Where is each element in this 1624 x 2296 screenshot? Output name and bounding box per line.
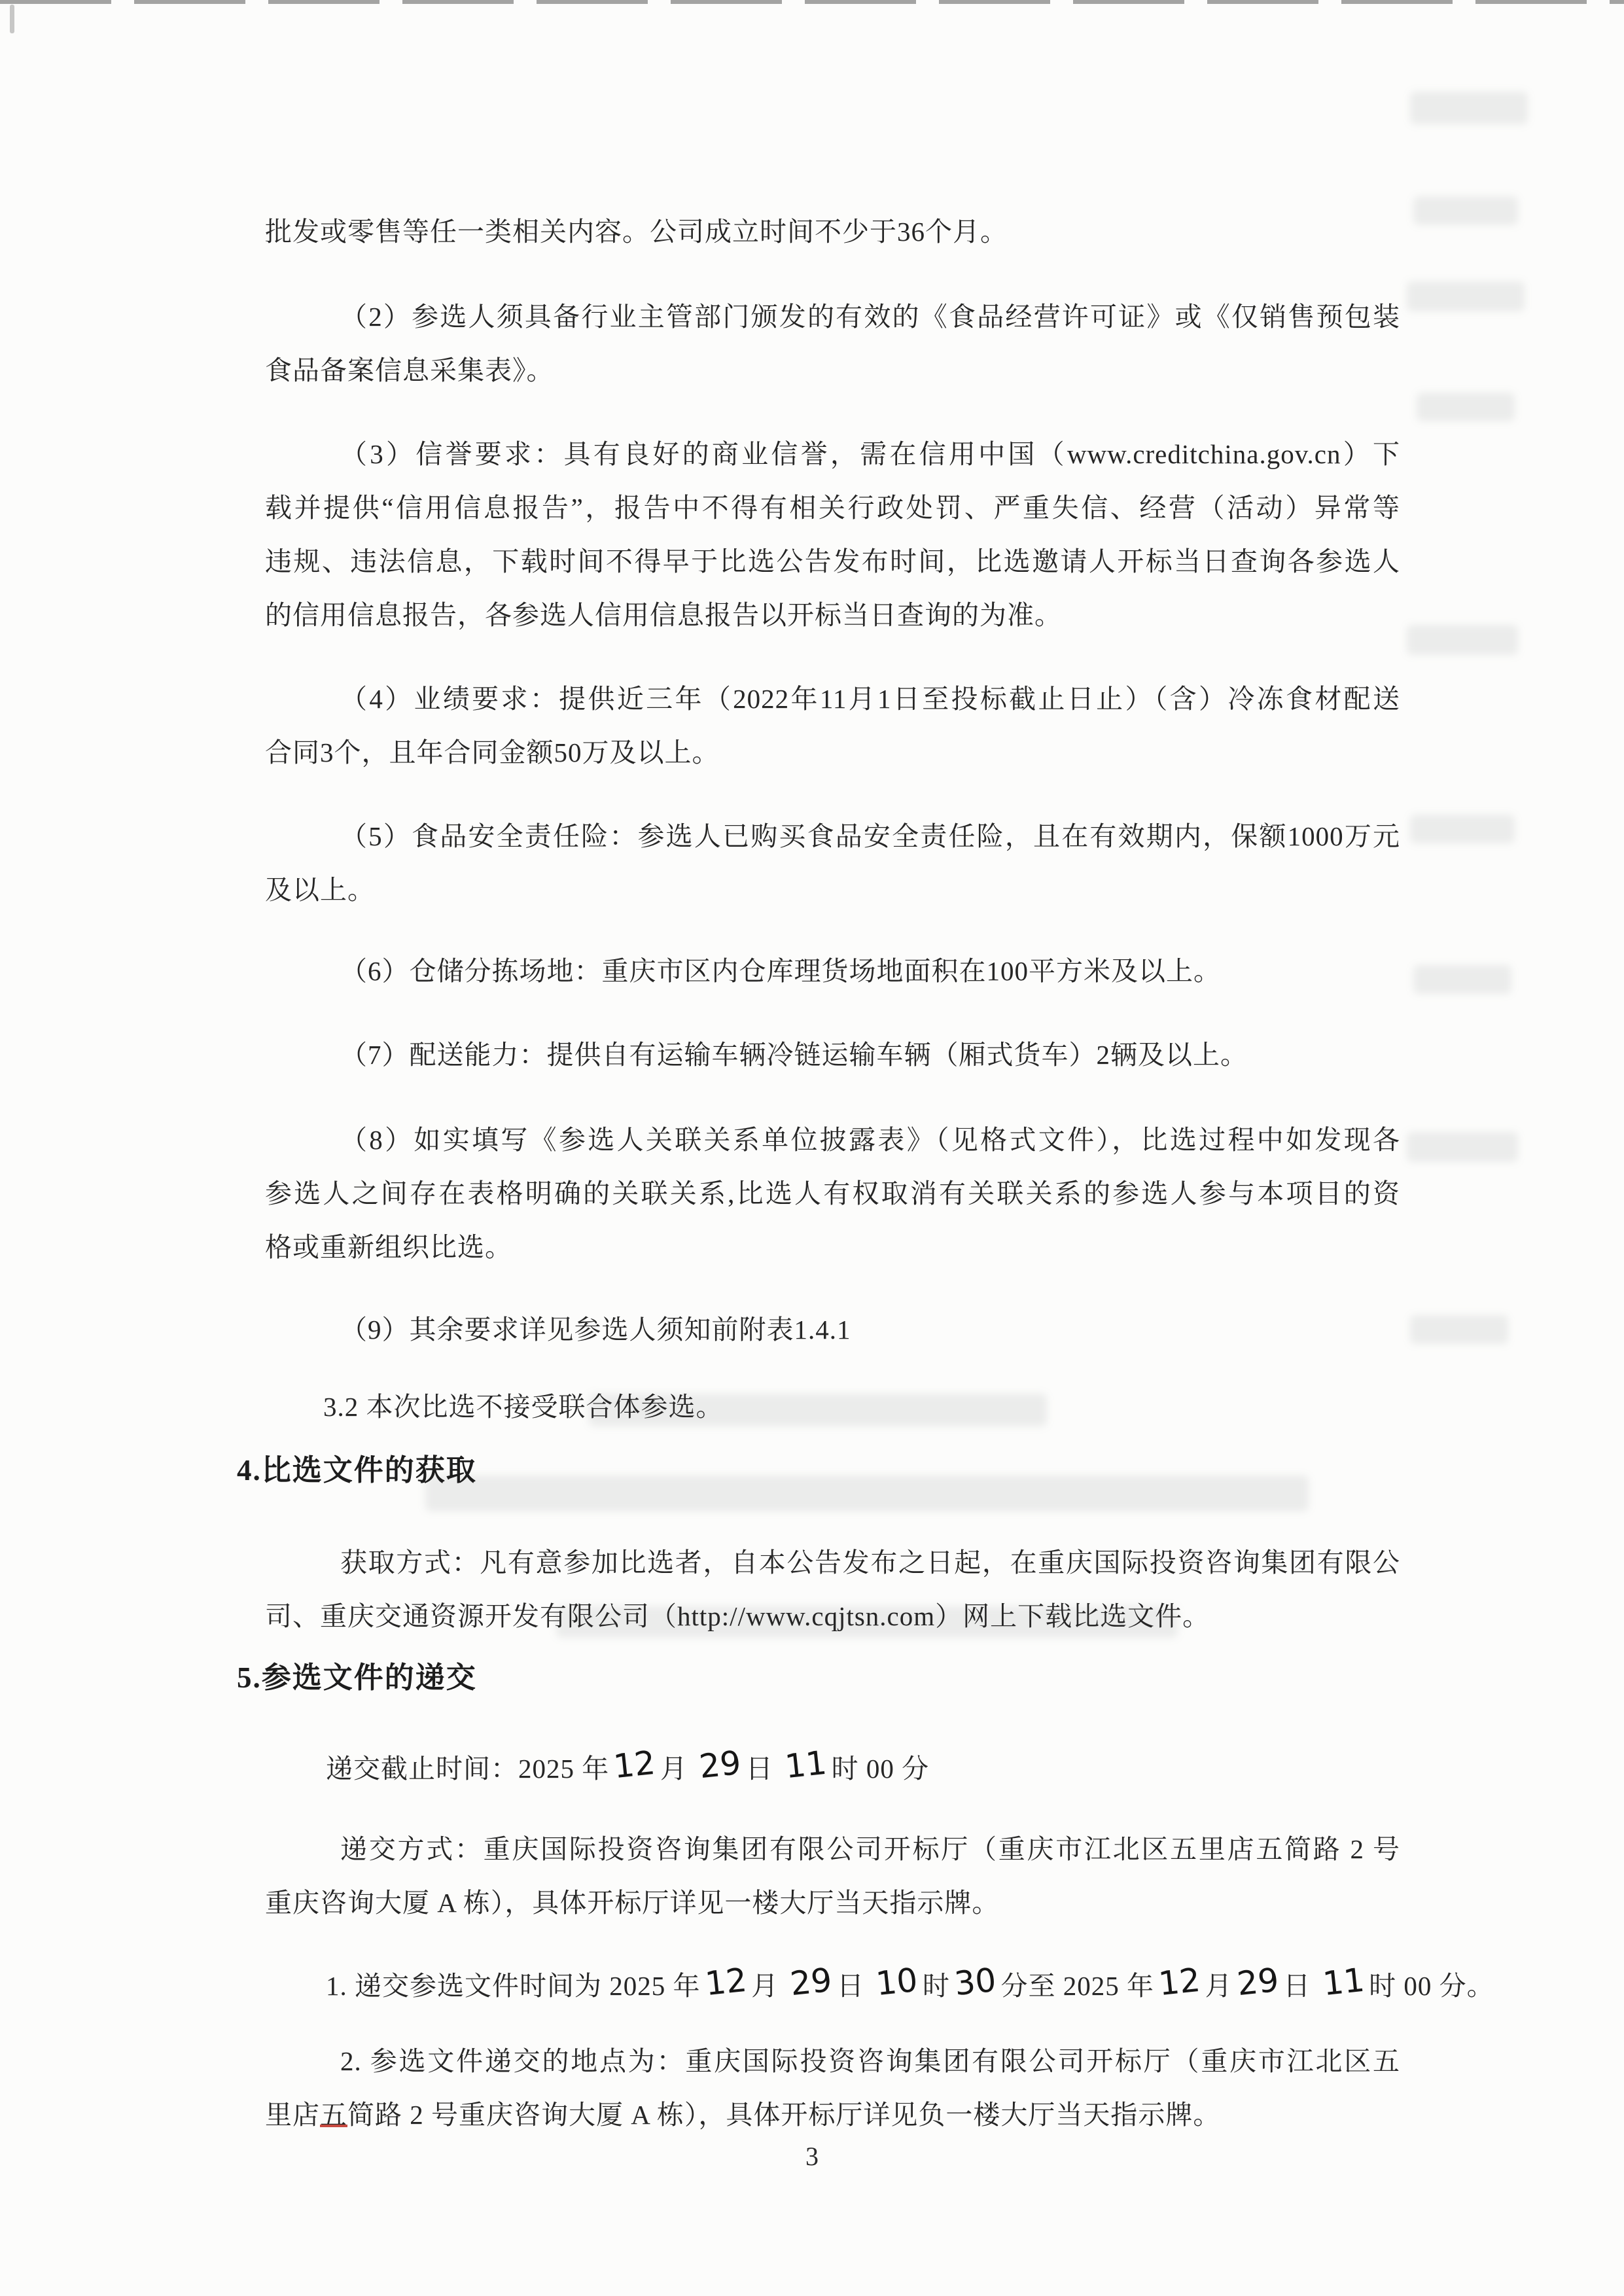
handwritten-hour-start: 10: [874, 1959, 920, 2005]
doc-line: （2）参选人须具备行业主管部门颁发的有效的《食品经营许可证》或《仅销售预包装: [340, 296, 1400, 338]
handwritten-hour-end: 11: [1320, 1959, 1366, 2005]
section-heading-4: 4.比选文件的获取: [237, 1449, 477, 1491]
doc-line: 批发或零售等任一类相关内容。公司成立时间不少于36个月。: [265, 211, 1008, 253]
bleedthrough-artifact: [1410, 815, 1515, 843]
doc-line: 参选人之间存在表格明确的关联关系,比选人有权取消有关联关系的参选人参与本项目的资: [265, 1173, 1400, 1214]
handwritten-month-end: 12: [1157, 1959, 1203, 2005]
doc-line: （3）信誉要求：具有良好的商业信誉，需在信用中国（www.creditchina…: [340, 433, 1400, 475]
doc-line: （9）其余要求详见参选人须知前附表1.4.1: [340, 1309, 851, 1351]
bleedthrough-artifact: [425, 1475, 1309, 1511]
doc-line: （6）仓储分拣场地：重庆市区内仓库理货场地面积在100平方米及以上。: [340, 950, 1221, 992]
handwritten-hour: 11: [783, 1742, 829, 1788]
doc-line: 食品备案信息采集表》。: [265, 349, 554, 391]
doc-line: 格或重新组织比选。: [265, 1226, 512, 1268]
doc-line: 的信用信息报告，各参选人信用信息报告以开标当日查询的为准。: [265, 594, 1062, 636]
doc-line: 司、重庆交通资源开发有限公司（http://www.cqjtsn.com）网上下…: [265, 1595, 1210, 1637]
bleedthrough-artifact: [1410, 92, 1528, 124]
handwritten-month: 12: [612, 1742, 658, 1788]
doc-line: 违规、违法信息，下载时间不得早于比选公告发布时间，比选邀请人开标当日查询各参选人: [265, 540, 1400, 582]
doc-line: （8）如实填写《参选人关联关系单位披露表》（见格式文件），比选过程中如发现各: [340, 1119, 1400, 1161]
doc-line: 载并提供“信用信息报告”，报告中不得有相关行政处罚、严重失信、经营（活动）异常等: [265, 487, 1400, 529]
section-heading-5: 5.参选文件的递交: [237, 1657, 477, 1699]
handwritten-day-start: 29: [788, 1959, 834, 2005]
doc-line: 2. 参选文件递交的地点为：重庆国际投资咨询集团有限公司开标厅（重庆市江北区五: [340, 2040, 1400, 2082]
doc-line: 重庆咨询大厦 A 栋），具体开标厅详见一楼大厅当天指示牌。: [265, 1882, 999, 1924]
doc-line: （7）配送能力：提供自有运输车辆冷链运输车辆（厢式货车）2辆及以上。: [340, 1034, 1248, 1076]
document-page: 批发或零售等任一类相关内容。公司成立时间不少于36个月。 （2）参选人须具备行业…: [0, 0, 1624, 2296]
doc-line: 及以上。: [265, 869, 375, 911]
handwritten-minute-start: 30: [952, 1959, 998, 2005]
bleedthrough-artifact: [1413, 196, 1518, 225]
doc-line: 里店五简路 2 号重庆咨询大厦 A 栋），具体开标厅详见负一楼大厅当天指示牌。: [265, 2094, 1220, 2136]
page-number: 3: [0, 2141, 1624, 2172]
doc-line: 合同3个，且年合同金额50万及以上。: [265, 732, 720, 773]
handwritten-month-start: 12: [703, 1959, 749, 2005]
bleedthrough-artifact: [1407, 281, 1525, 311]
bleedthrough-artifact: [1407, 1132, 1518, 1162]
doc-line: 获取方式：凡有意参加比选者，自本公告发布之日起，在重庆国际投资咨询集团有限公: [340, 1542, 1400, 1583]
handwritten-day: 29: [697, 1742, 743, 1788]
bleedthrough-artifact: [1407, 625, 1518, 655]
red-underline-mark: 五: [320, 2100, 347, 2130]
bleedthrough-artifact: [1413, 965, 1511, 994]
submission-window-line: 1. 递交参选文件时间为 2025 年12月 29日 10时30分至 2025 …: [326, 1963, 1494, 2005]
deadline-text: 递交截止时间：2025 年: [326, 1754, 609, 1784]
scan-edge-artifact: [10, 5, 14, 33]
scan-edge-artifact: [0, 0, 1624, 4]
bleedthrough-artifact: [1410, 1315, 1508, 1344]
handwritten-day-end: 29: [1235, 1959, 1280, 2005]
doc-line: （5）食品安全责任险：参选人已购买食品安全责任险，且在有效期内，保额1000万元: [340, 815, 1400, 857]
deadline-line: 递交截止时间：2025 年12月 29日 11时 00 分: [326, 1746, 929, 1788]
bleedthrough-artifact: [1417, 393, 1515, 421]
doc-line: 3.2 本次比选不接受联合体参选。: [323, 1386, 724, 1428]
doc-line: （4）业绩要求：提供近三年（2022年11月1日至投标截止日止）（含）冷冻食材配…: [340, 678, 1400, 720]
doc-line: 递交方式：重庆国际投资咨询集团有限公司开标厅（重庆市江北区五里店五简路 2 号: [340, 1828, 1400, 1870]
